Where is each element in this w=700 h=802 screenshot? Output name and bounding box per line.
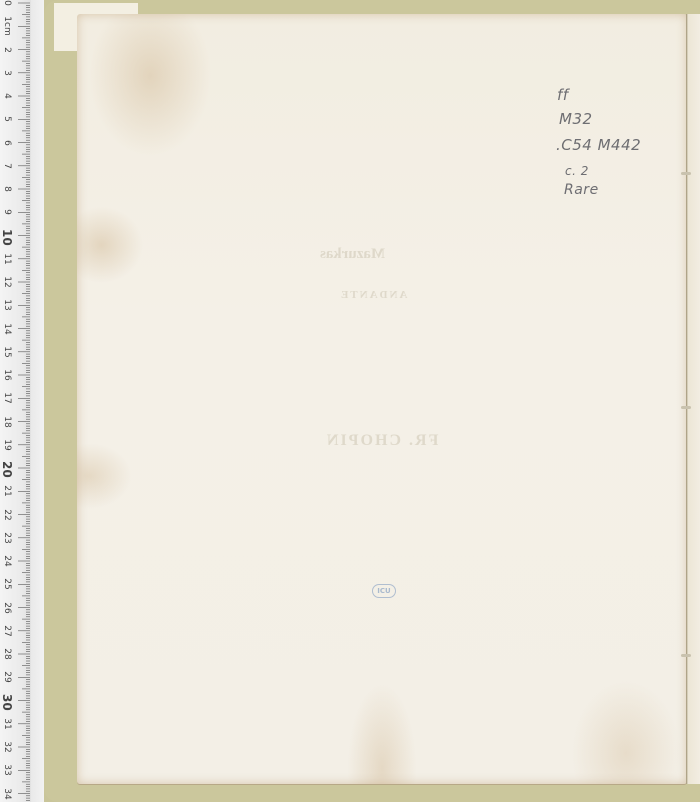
ruler-label: 29 [2, 670, 12, 684]
ruler-label: 5 [2, 112, 12, 126]
ruler-label: 11 [2, 252, 12, 266]
annotation-line-3: .C54 M442 [556, 136, 641, 154]
ruler-label: 21 [2, 484, 12, 498]
ruler-label: 3 [2, 66, 12, 80]
ruler-label: 12 [2, 275, 12, 289]
document-page: Mazurkas ANDANTE FR. CHOPIN ff M32 .C54 … [77, 14, 687, 784]
library-stamp: ICU [372, 584, 396, 598]
ruler-label: 14 [2, 322, 12, 336]
bleed-through-subtitle: ANDANTE [339, 289, 407, 301]
ruler-label: 4 [2, 89, 12, 103]
ruler-label: 7 [2, 159, 12, 173]
ruler-label: 0 [2, 0, 12, 10]
ruler-label: 24 [2, 554, 12, 568]
ruler-label: 18 [2, 415, 12, 429]
ruler-shadow [31, 0, 44, 802]
ruler-label: 10 [2, 229, 12, 243]
binding-stitch [681, 406, 691, 409]
bleed-through-composer: FR. CHOPIN [325, 432, 438, 450]
ruler-label: 2 [2, 43, 12, 57]
ruler-label: 25 [2, 577, 12, 591]
ruler-label: 1cm [2, 15, 12, 37]
ruler-label: 20 [2, 461, 12, 475]
ruler-label: 13 [2, 298, 12, 312]
ruler-label: 31 [2, 717, 12, 731]
ruler-label: 15 [2, 345, 12, 359]
ruler-ticks [16, 0, 30, 802]
ruler-label: 16 [2, 368, 12, 382]
annotation-line-2: M32 [559, 110, 593, 128]
annotation-line-5: Rare [564, 182, 599, 198]
ruler-label: 26 [2, 601, 12, 615]
ruler-label: 34 [2, 787, 12, 801]
measurement-ruler: 01cm234567891011121314151617181920212223… [0, 0, 32, 802]
page-spine-edge [686, 14, 700, 784]
annotation-line-4: c. 2 [565, 164, 589, 178]
ruler-label: 17 [2, 391, 12, 405]
ruler-label: 8 [2, 182, 12, 196]
ruler-label: 30 [2, 694, 12, 708]
binding-stitch [681, 172, 691, 175]
ruler-label: 19 [2, 438, 12, 452]
ruler-label: 27 [2, 624, 12, 638]
ruler-label: 33 [2, 763, 12, 777]
ruler-label: 6 [2, 136, 12, 150]
bleed-through-title: Mazurkas [320, 246, 385, 263]
ruler-label: 9 [2, 205, 12, 219]
ruler-label: 23 [2, 531, 12, 545]
binding-stitch [681, 654, 691, 657]
ruler-label: 28 [2, 647, 12, 661]
ruler-label: 32 [2, 740, 12, 754]
annotation-line-1: ff [557, 86, 569, 104]
ruler-label: 22 [2, 508, 12, 522]
